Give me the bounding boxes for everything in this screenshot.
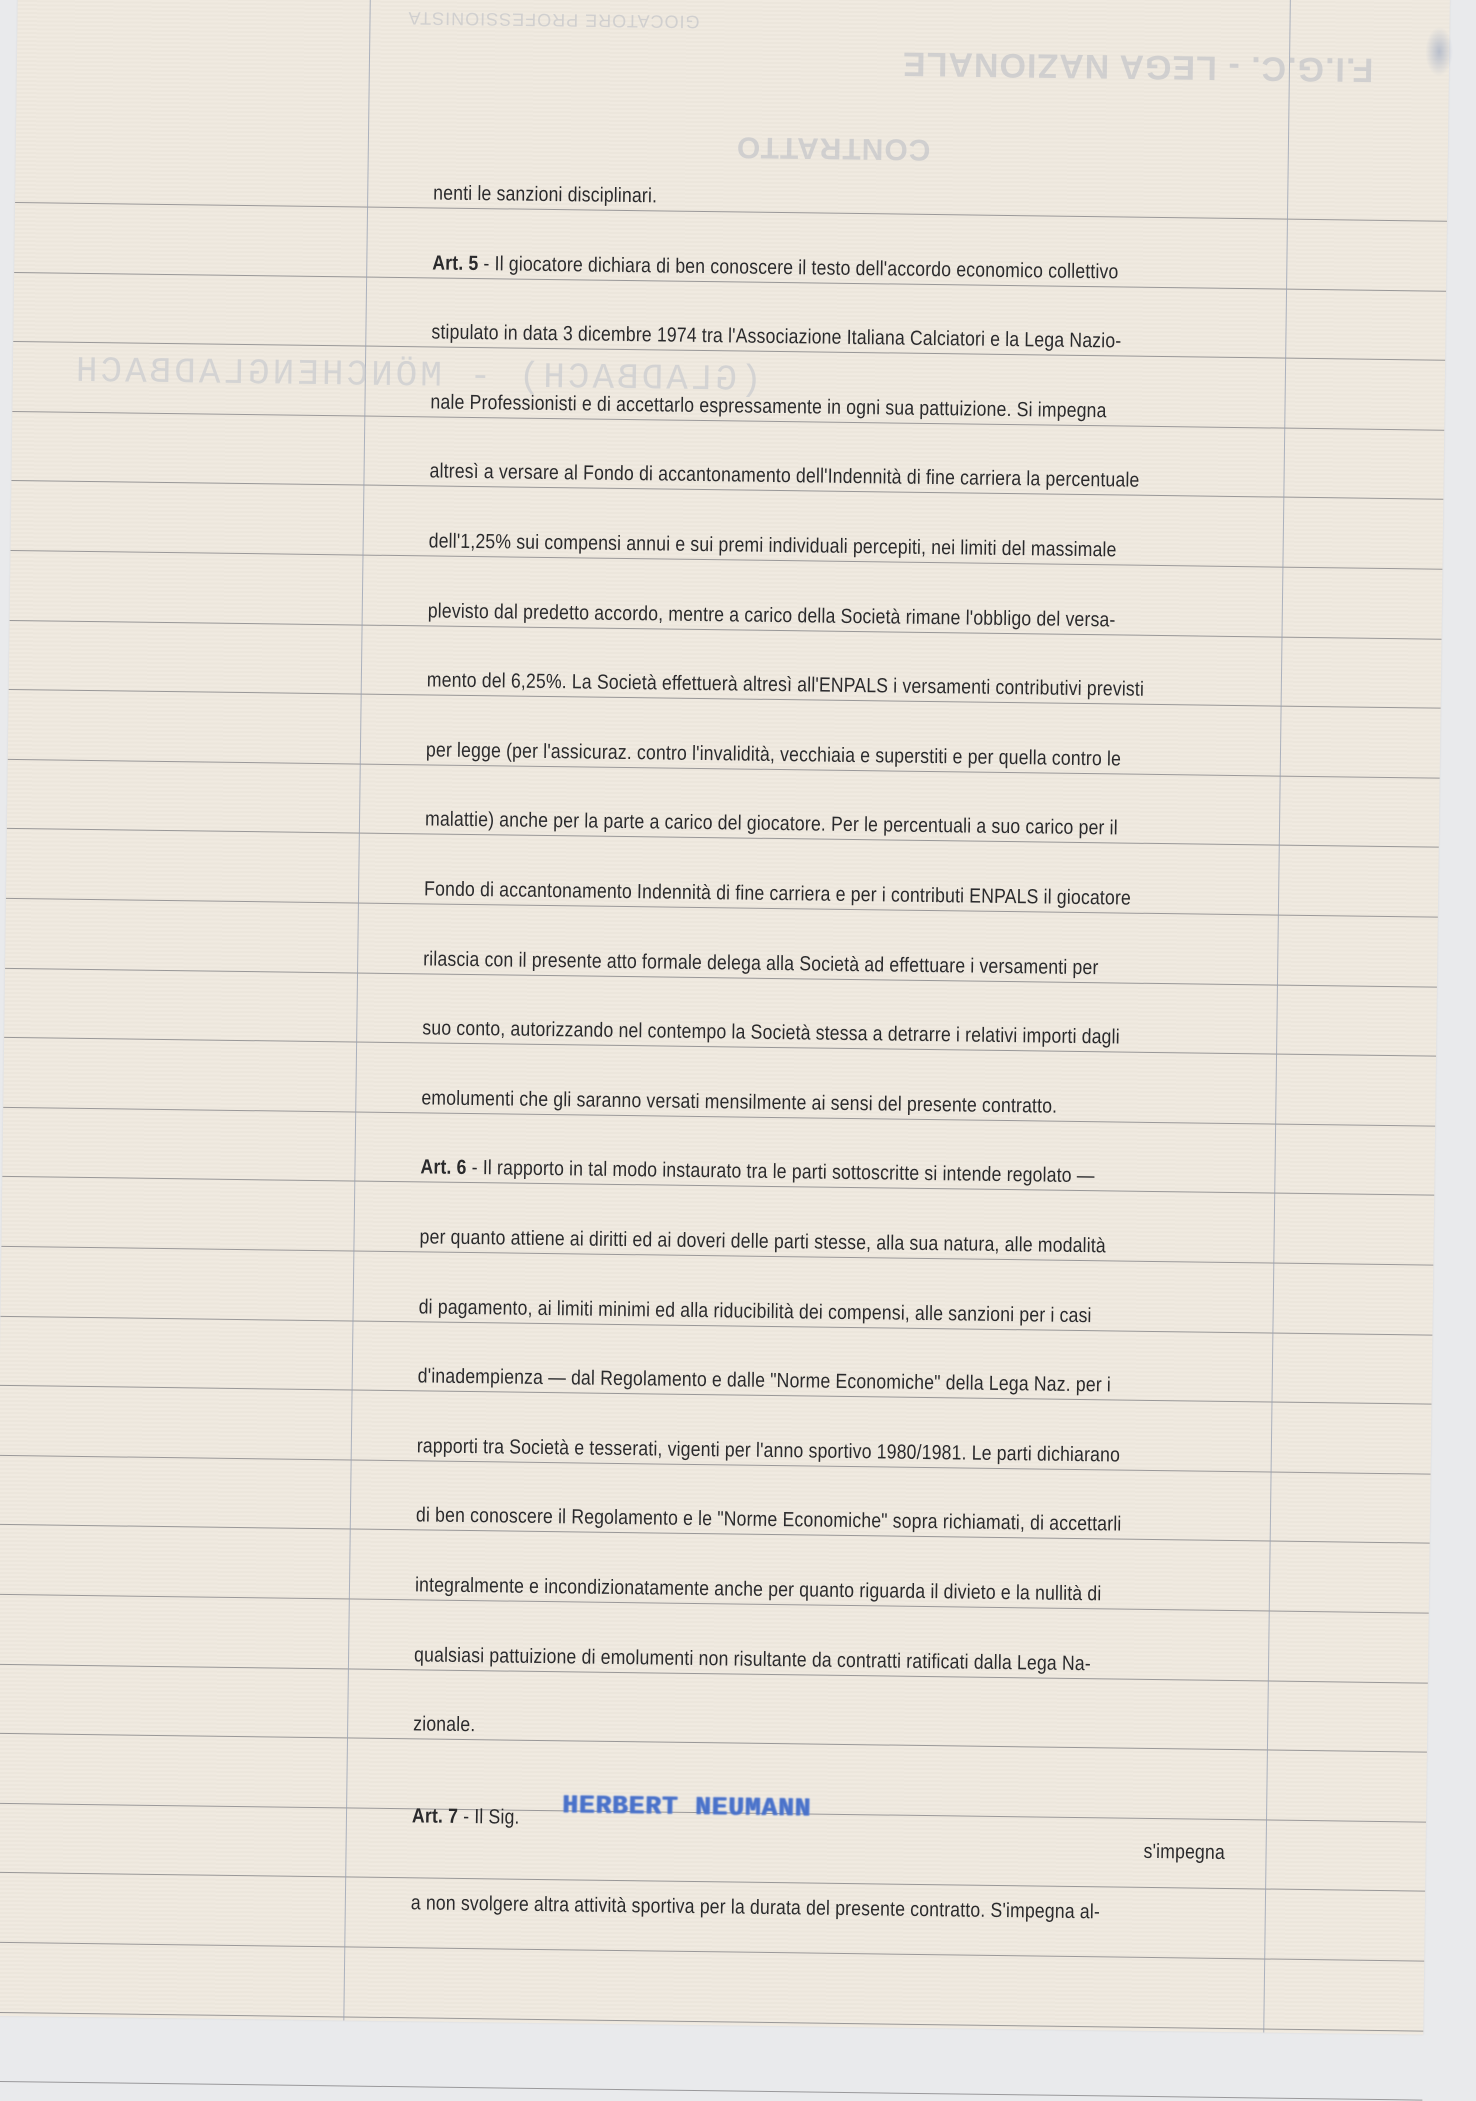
article-label: Art. 6 — [420, 1156, 466, 1180]
line-text: nenti le sanzioni disciplinari. — [433, 181, 657, 207]
left-margin-line — [343, 0, 371, 2020]
ruled-line — [0, 1872, 1425, 1892]
text-line: zionale. — [413, 1713, 475, 1738]
art7-line: Art. 7 - Il Sig. — [412, 1804, 520, 1829]
art7-label: Art. 7 — [412, 1804, 458, 1828]
art7-prefix: - Il Sig. — [458, 1805, 520, 1829]
ruled-line — [15, 202, 1447, 222]
bleed-through-title: CONTRATTO — [736, 129, 931, 166]
ruled-line — [0, 1942, 1424, 1962]
line-text: zionale. — [413, 1713, 475, 1737]
art7-suffix: s'impegna — [1143, 1840, 1225, 1865]
article-label: Art. 5 — [432, 251, 478, 275]
stamped-player-name: HERBERT NEUMANN — [562, 1790, 811, 1823]
bleed-through-header: F.I.G.C. - LEGA NAZIONALE — [902, 44, 1374, 89]
ruled-line — [0, 2011, 1423, 2031]
right-margin-line — [1263, 0, 1291, 2032]
ruled-line — [0, 1733, 1427, 1753]
art7-continuation: a non svolgere altra attività sportiva p… — [411, 1892, 1100, 1925]
ink-smudge — [1425, 26, 1454, 76]
document-page: F.I.G.C. - LEGA NAZIONALE GIOCATORE PROF… — [0, 0, 1450, 2035]
text-line: nenti le sanzioni disciplinari. — [433, 181, 657, 208]
bleed-through-subheader: GIOCATORE PROFESSIONISTA — [407, 7, 699, 32]
